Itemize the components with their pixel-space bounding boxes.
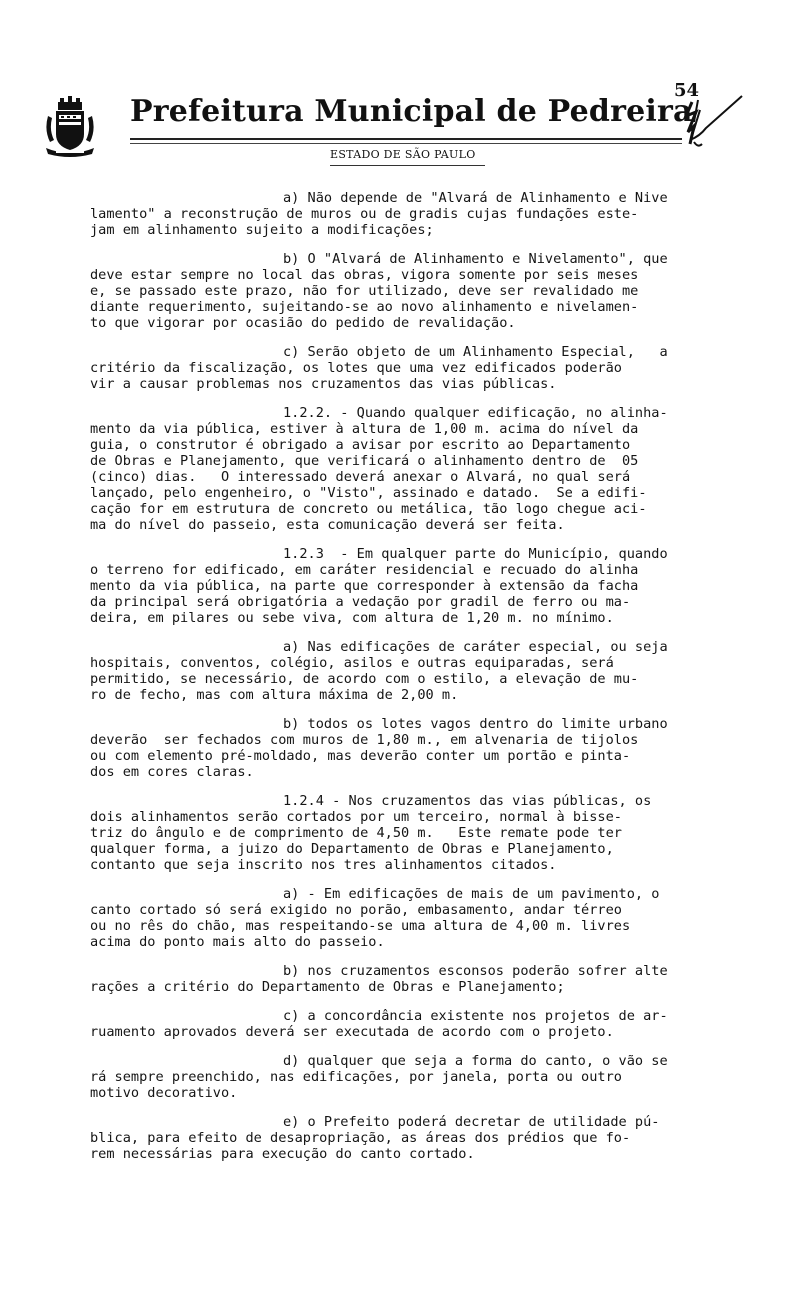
text-line: b) todos os lotes vagos dentro do limite… (90, 716, 735, 732)
text-line: mento da via pública, estiver à altura d… (90, 421, 735, 437)
text-line: deve estar sempre no local das obras, vi… (90, 267, 735, 283)
text-line: deverão ser fechados com muros de 1,80 m… (90, 732, 735, 748)
text-line: da principal será obrigatória a vedação … (90, 594, 735, 610)
paragraph-1-2-3-a: a) Nas edificações de caráter especial, … (90, 639, 735, 703)
paragraph-1-2-4-a: a) - Em edificações de mais de um pavime… (90, 886, 735, 950)
paragraph-c-alinhamento-especial: c) Serão objeto de um Alinhamento Especi… (90, 344, 735, 392)
paragraph-1-2-3-b: b) todos os lotes vagos dentro do limite… (90, 716, 735, 780)
text-line: qualquer forma, a juizo do Departamento … (90, 841, 735, 857)
text-line: blica, para efeito de desapropriação, as… (90, 1130, 735, 1146)
paragraph-1-2-3: 1.2.3 - Em qualquer parte do Município, … (90, 546, 735, 626)
title-underline (130, 138, 682, 144)
text-line: contanto que seja inscrito nos tres alin… (90, 857, 735, 873)
text-line: mento da via pública, na parte que corre… (90, 578, 735, 594)
text-line: (cinco) dias. O interessado deverá anexa… (90, 469, 735, 485)
paragraph-b-alvara: b) O "Alvará de Alinhamento e Nivelament… (90, 251, 735, 331)
text-line: ou no rês do chão, mas respeitando-se um… (90, 918, 735, 934)
text-line: 1.2.2. - Quando qualquer edificação, no … (90, 405, 735, 421)
text-line: canto cortado só será exigido no porão, … (90, 902, 735, 918)
paragraph-1-2-2: 1.2.2. - Quando qualquer edificação, no … (90, 405, 735, 533)
paragraph-1-2-4-c: c) a concordância existente nos projetos… (90, 1008, 735, 1040)
page-title: Prefeitura Municipal de Pedreira (130, 94, 693, 129)
text-line: lançado, pelo engenheiro, o "Visto", ass… (90, 485, 735, 501)
text-line: 1.2.4 - Nos cruzamentos das vias pública… (90, 793, 735, 809)
text-line: a) Não depende de "Alvará de Alinhamento… (90, 190, 735, 206)
state-underline (330, 165, 485, 166)
text-line: c) Serão objeto de um Alinhamento Especi… (90, 344, 735, 360)
letterhead: Prefeitura Municipal de Pedreira 54 ESTA… (0, 0, 800, 175)
text-line: ou com elemento pré-moldado, mas deverão… (90, 748, 735, 764)
text-line: jam em alinhamento sujeito a modificaçõe… (90, 222, 735, 238)
document-body: a) Não depende de "Alvará de Alinhamento… (90, 190, 735, 1175)
paragraph-1-2-4-b: b) nos cruzamentos esconsos poderão sofr… (90, 963, 735, 995)
text-line: e, se passado este prazo, não for utiliz… (90, 283, 735, 299)
state-subtitle: ESTADO DE SÃO PAULO (330, 148, 476, 161)
text-line: to que vigorar por ocasião do pedido de … (90, 315, 735, 331)
text-line: rem necessárias para execução do canto c… (90, 1146, 735, 1162)
text-line: b) O "Alvará de Alinhamento e Nivelament… (90, 251, 735, 267)
text-line: dos em cores claras. (90, 764, 735, 780)
text-line: ruamento aprovados deverá ser executada … (90, 1024, 735, 1040)
text-line: vir a causar problemas nos cruzamentos d… (90, 376, 735, 392)
text-line: rá sempre preenchido, nas edificações, p… (90, 1069, 735, 1085)
text-line: b) nos cruzamentos esconsos poderão sofr… (90, 963, 735, 979)
text-line: c) a concordância existente nos projetos… (90, 1008, 735, 1024)
municipal-coat-of-arms-icon (42, 96, 98, 158)
text-line: a) Nas edificações de caráter especial, … (90, 639, 735, 655)
text-line: lamento" a reconstrução de muros ou de g… (90, 206, 735, 222)
text-line: guia, o construtor é obrigado a avisar p… (90, 437, 735, 453)
text-line: ma do nível do passeio, esta comunicação… (90, 517, 735, 533)
text-line: critério da fiscalização, os lotes que u… (90, 360, 735, 376)
text-line: dois alinhamentos serão cortados por um … (90, 809, 735, 825)
text-line: a) - Em edificações de mais de um pavime… (90, 886, 735, 902)
text-line: rações a critério do Departamento de Obr… (90, 979, 735, 995)
text-line: acima do ponto mais alto do passeio. (90, 934, 735, 950)
text-line: e) o Prefeito poderá decretar de utilida… (90, 1114, 735, 1130)
text-line: de Obras e Planejamento, que verificará … (90, 453, 735, 469)
paragraph-1-2-4-e: e) o Prefeito poderá decretar de utilida… (90, 1114, 735, 1162)
text-line: deira, em pilares ou sebe viva, com altu… (90, 610, 735, 626)
text-line: motivo decorativo. (90, 1085, 735, 1101)
text-line: diante requerimento, sujeitando-se ao no… (90, 299, 735, 315)
handwritten-initials-icon (680, 92, 750, 152)
text-line: cação for em estrutura de concreto ou me… (90, 501, 735, 517)
text-line: hospitais, conventos, colégio, asilos e … (90, 655, 735, 671)
paragraph-1-2-4-d: d) qualquer que seja a forma do canto, o… (90, 1053, 735, 1101)
text-line: d) qualquer que seja a forma do canto, o… (90, 1053, 735, 1069)
text-line: o terreno for edificado, em caráter resi… (90, 562, 735, 578)
paragraph-a-alvara: a) Não depende de "Alvará de Alinhamento… (90, 190, 735, 238)
text-line: ro de fecho, mas com altura máxima de 2,… (90, 687, 735, 703)
text-line: permitido, se necessário, de acordo com … (90, 671, 735, 687)
text-line: 1.2.3 - Em qualquer parte do Município, … (90, 546, 735, 562)
paragraph-1-2-4: 1.2.4 - Nos cruzamentos das vias pública… (90, 793, 735, 873)
text-line: triz do ângulo e de comprimento de 4,50 … (90, 825, 735, 841)
